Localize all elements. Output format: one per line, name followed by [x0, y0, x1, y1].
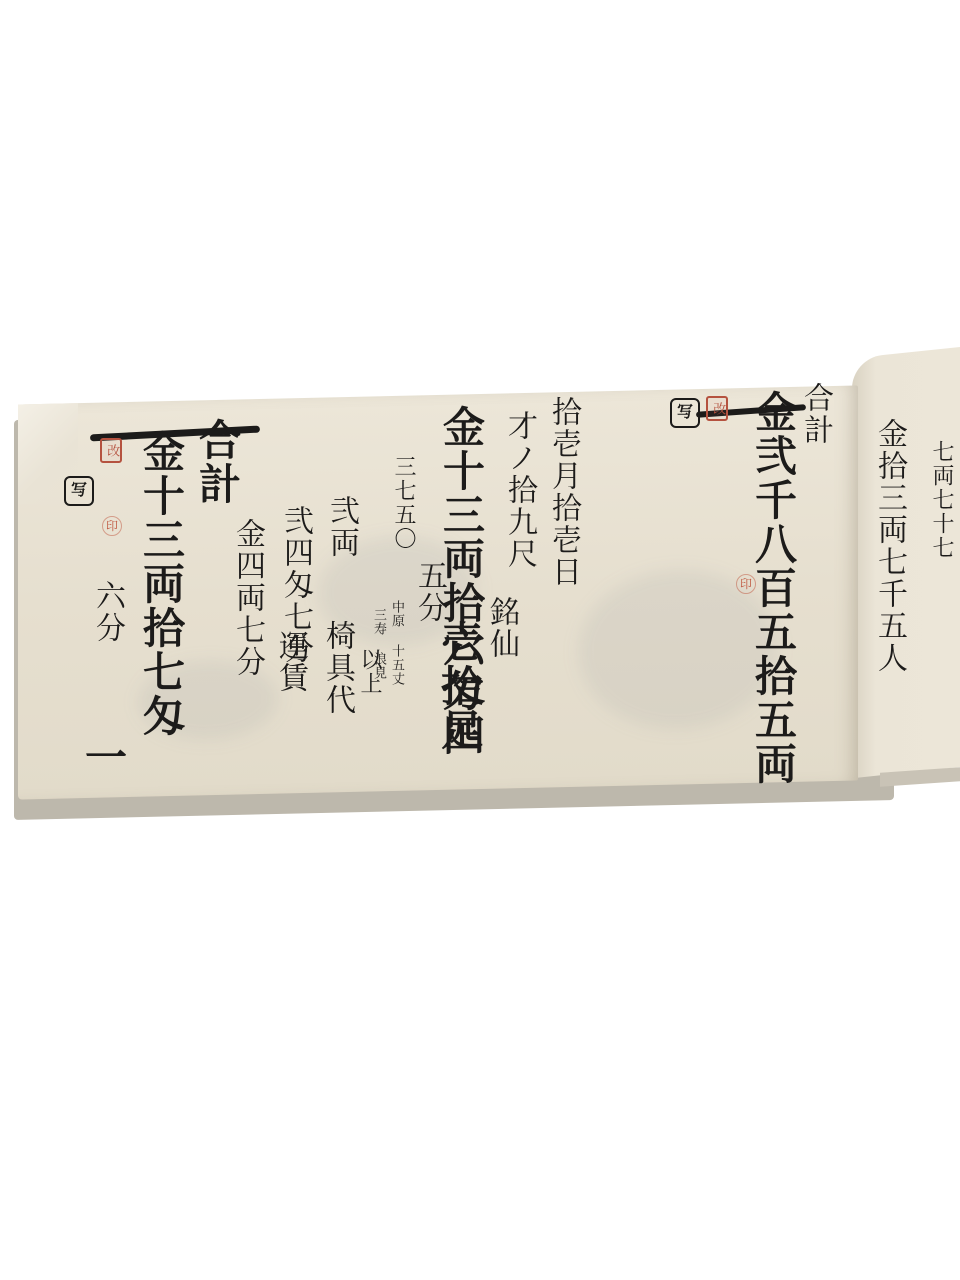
- total-amount-middle: 金弐千八百五拾五両: [752, 390, 794, 786]
- round-seal-middle: 印: [736, 574, 756, 594]
- tally-figure: 三七五〇: [392, 455, 414, 551]
- page-mark: 一: [82, 735, 124, 779]
- inspection-seal-middle: 改: [706, 396, 728, 421]
- right-page-line-2: 七両七十七: [930, 440, 952, 560]
- entry-date: 拾壱月拾壱日: [548, 396, 578, 588]
- payment-amount-a: 金四両七分: [232, 518, 262, 678]
- entry-sub: 才ノ拾九尺: [504, 410, 534, 570]
- total-header-left: 合計: [196, 418, 238, 506]
- entry-count: 壱拾足: [438, 620, 480, 752]
- small-note-total: 以上: [358, 648, 380, 696]
- copy-seal-left: 写: [64, 476, 94, 506]
- inspection-seal-left: 改: [100, 438, 122, 463]
- round-seal-left: 印: [102, 516, 122, 536]
- ledger-book-photo: 改 写 印 合計 金十三両拾七匁 六分 一 金四両七分 弐四匁七分 運賃 弐両 …: [0, 0, 960, 1280]
- entry-note: 五分: [414, 560, 444, 624]
- freight-label: 運賃: [275, 630, 305, 694]
- payment-amount-c: 弐両: [326, 495, 356, 559]
- total-note-left: 六分: [92, 580, 122, 644]
- total-amount-left: 金十三両拾七匁: [140, 430, 182, 738]
- total-header-middle: 合計: [800, 382, 830, 446]
- entry-label: 銘仙: [486, 596, 516, 660]
- small-note-measure: 中原 十五丈: [390, 600, 403, 686]
- right-page-line-1: 金拾三両七千五人: [874, 418, 904, 674]
- item-label: 椅具代: [322, 620, 352, 716]
